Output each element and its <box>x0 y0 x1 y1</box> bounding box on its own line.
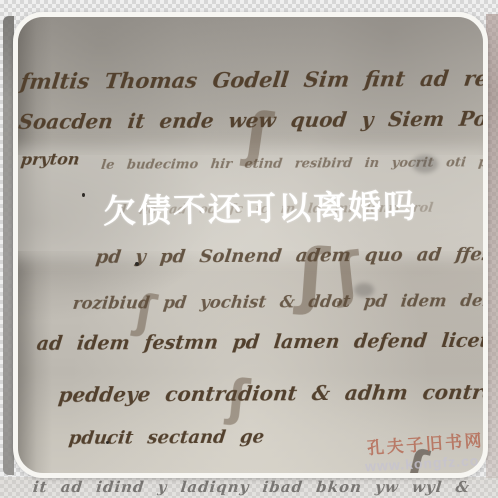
stain-smudge <box>412 155 438 173</box>
chinese-headline: 欠债不还可以离婚吗 <box>103 180 419 232</box>
ink-speck <box>82 193 85 197</box>
manuscript-line: pryton <box>20 150 81 169</box>
photo-edge-ghost-bottom: it ad idind y ladiqny ibad bkon yw wyl & <box>0 477 498 498</box>
ink-speck <box>135 262 139 266</box>
photo-frame: fmltis Thomas Godell Sim fint ad respond… <box>13 12 488 478</box>
manuscript-line: pducit sectand ge <box>68 427 266 449</box>
transparency-checkerboard: it ad idind y ladiqny ibad bkon yw wyl &… <box>0 0 498 498</box>
manuscript-line: peddeye contradiont & adhm contradic dic… <box>57 379 488 407</box>
manuscript-line: Soacden it ende wew quod y Siem Poly sen… <box>17 105 488 134</box>
ink-speck <box>106 441 109 444</box>
manuscript-photo: fmltis Thomas Godell Sim fint ad respond… <box>18 17 483 473</box>
manuscript-ghost-line: it ad idind y ladiqny ibad bkon yw wyl & <box>32 478 471 496</box>
manuscript-line: rozibiud pd yochist & ddot pd idem deh p… <box>72 290 488 313</box>
manuscript-line: pd y pd Solnend adem quo ad ffestu a eta… <box>95 243 488 268</box>
stain-smudge <box>354 283 374 297</box>
manuscript-line: ad idem festmn pd lamen defend licet sep… <box>35 329 488 355</box>
manuscript-line: fmltis Thomas Godell Sim fint ad respond… <box>19 64 488 94</box>
